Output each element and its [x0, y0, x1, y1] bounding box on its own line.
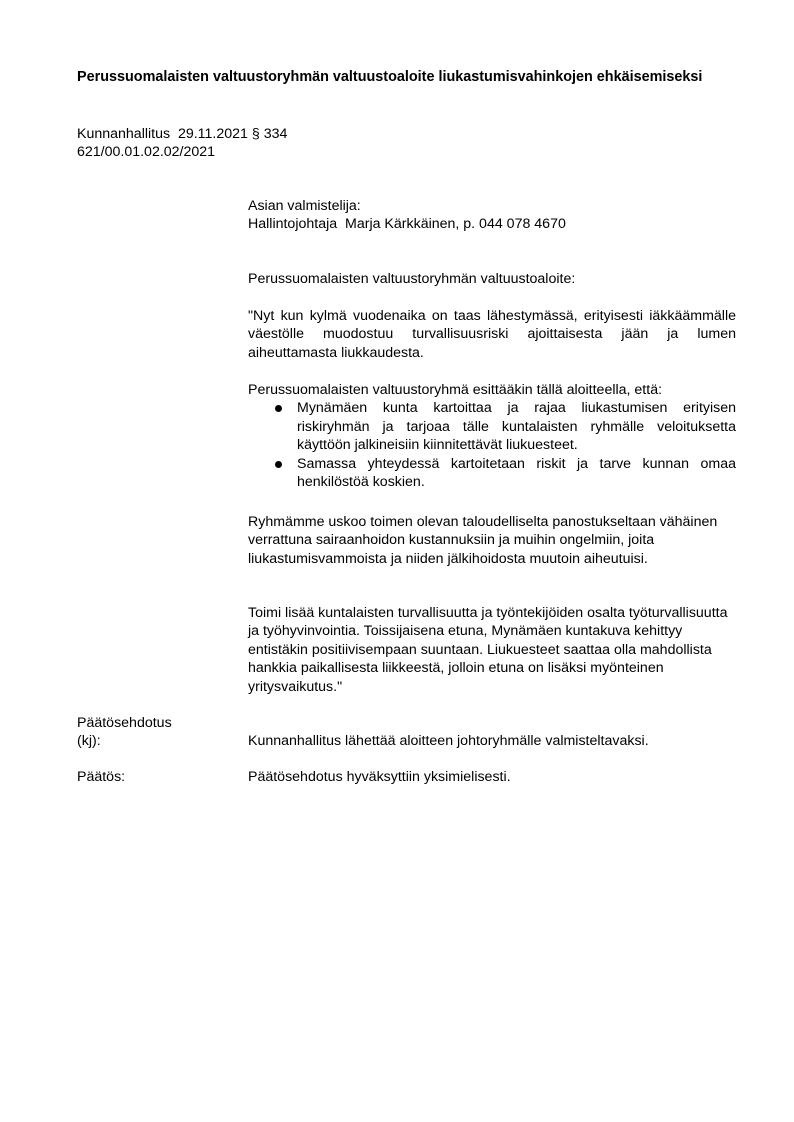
initiative-paragraph-3: Toimi lisää kuntalaisten turvallisuutta … — [248, 604, 736, 696]
proposal-intro: Perussuomalaisten valtuustoryhmä esittää… — [248, 381, 736, 399]
meeting-meta: Kunnanhallitus 29.11.2021 § 334 621/00.0… — [77, 125, 287, 162]
decision-label: Päätös: — [77, 768, 125, 786]
initiative-paragraph-1: "Nyt kun kylmä vuodenaika on taas lähest… — [248, 307, 736, 362]
decision-proposal: Kunnanhallitus lähettää aloitteen johtor… — [248, 732, 736, 750]
decision-proposal-label-line2: (kj): — [77, 732, 172, 750]
meeting-line: Kunnanhallitus 29.11.2021 § 334 — [77, 125, 287, 143]
decision-proposal-label: Päätösehdotus (kj): — [77, 714, 172, 751]
record-number: 621/00.01.02.02/2021 — [77, 143, 287, 161]
preparer-name: Hallintojohtaja Marja Kärkkäinen, p. 044… — [248, 215, 736, 233]
proposal-list: Mynämäen kunta kartoittaa ja rajaa liuka… — [248, 399, 736, 491]
document-title: Perussuomalaisten valtuustoryhmän valtuu… — [77, 68, 717, 87]
decision-proposal-label-line1: Päätösehdotus — [77, 714, 172, 732]
initiative-heading: Perussuomalaisten valtuustoryhmän valtuu… — [248, 270, 736, 288]
decision: Päätösehdotus hyväksyttiin yksimielisest… — [248, 768, 736, 786]
proposal-item: Mynämäen kunta kartoittaa ja rajaa liuka… — [248, 399, 736, 454]
proposal-item: Samassa yhteydessä kartoitetaan riskit j… — [248, 455, 736, 492]
initiative-paragraph-2: Ryhmämme uskoo toimen olevan taloudellis… — [248, 513, 736, 568]
preparer-label: Asian valmistelija: — [248, 197, 736, 215]
proposal-block: Perussuomalaisten valtuustoryhmä esittää… — [248, 381, 736, 491]
preparer-block: Asian valmistelija: Hallintojohtaja Marj… — [248, 197, 736, 234]
